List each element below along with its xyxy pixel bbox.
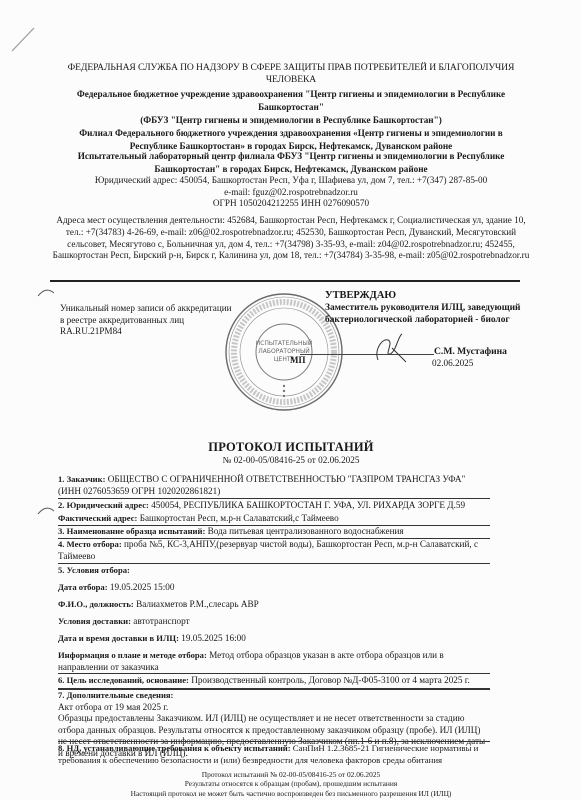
header-divider [50, 280, 520, 282]
approval-block: УТВЕРЖДАЮ Заместитель руководителя ИЛЦ, … [325, 290, 565, 326]
research-purpose-value: Производственный контроль, Договор №Д-Ф0… [191, 675, 470, 685]
organization-short-name: (ФБУЗ "Центр гигиены и эпидемиологии в Р… [60, 114, 522, 127]
sampler-row: Ф.И.О., должность: Валиахметов Р.М.,слес… [58, 599, 490, 611]
normative-docs-label: 8. НД, устанавливающие требования к объе… [58, 743, 291, 753]
ogrn-inn: ОГРН 1050204212255 ИНН 0276090570 [60, 198, 522, 210]
approval-date: 02.06.2025 [432, 358, 473, 368]
research-purpose-label: 6. Цель исследований, основание: [58, 675, 189, 685]
footer-results-note: Результаты относятся к образцам (пробам)… [0, 779, 582, 788]
section-normative-docs: 8. НД, устанавливающие требования к объе… [58, 743, 490, 766]
legal-address-value: 450054, РЕСПУБЛИКА БАШКОРТОСТАН Г. УФА, … [151, 500, 465, 510]
delivery-time-value: 19.05.2025 16:00 [181, 633, 246, 643]
section-sampling-conditions: 5. Условия отбора: [58, 565, 490, 577]
section-legal-address: 2. Юридический адрес: 450054, РЕСПУБЛИКА… [58, 500, 490, 512]
section-customer: 1. Заказчик: ОБЩЕСТВО С ОГРАНИЧЕННОЙ ОТВ… [58, 474, 490, 497]
branch-name: Филиал Федерального бюджетного учреждени… [60, 127, 522, 152]
footer-protocol-ref: Протокол испытаний № 02-00-05/08416-25 о… [0, 770, 582, 779]
delivery-conditions-value: автотранспорт [133, 616, 189, 626]
approval-heading: УТВЕРЖДАЮ [325, 290, 565, 302]
customer-value: ОБЩЕСТВО С ОГРАНИЧЕННОЙ ОТВЕТСТВЕННОСТЬЮ… [58, 474, 465, 496]
legal-address-label: 2. Юридический адрес: [58, 500, 149, 510]
page-footer: Протокол испытаний № 02-00-05/08416-25 о… [0, 770, 582, 798]
sampling-place-label: 4. Место отбора: [58, 539, 122, 549]
sampling-act: Акт отбора от 19 мая 2025 г. [58, 702, 490, 714]
delivery-conditions-label: Условия доставки: [58, 616, 131, 626]
lab-center-name: Испытательный лабораторный центр филиала… [60, 150, 522, 175]
legal-address-block: Юридический адрес: 450054, Башкортостан … [60, 175, 522, 210]
delivery-time-row: Дата и время доставки в ИЛЦ: 19.05.2025 … [58, 633, 490, 645]
section-sampling-place: 4. Место отбора: проба №5, КС-3,АНПУ,(ре… [58, 539, 490, 562]
divider [58, 741, 490, 742]
actual-address-value: Башкортостан Респ, м.р-н Салаватский,с Т… [140, 513, 339, 523]
organization-full-name: Федеральное бюджетное учреждение здравоо… [60, 88, 522, 113]
sampling-conditions-label: 5. Условия отбора: [58, 565, 130, 575]
delivery-conditions-row: Условия доставки: автотранспорт [58, 616, 490, 628]
sampling-plan-row: Информация о плане и методе отбора: Мето… [58, 650, 490, 673]
pen-stroke-mark [8, 25, 38, 55]
actual-address-label: Фактический адрес: [58, 513, 137, 523]
delivery-time-label: Дата и время доставки в ИЛЦ: [58, 633, 179, 643]
sample-name-label: 3. Наименование образца испытаний: [58, 526, 205, 536]
footer-reproduction-note: Настоящий протокол не может быть частичн… [0, 789, 582, 798]
protocol-title: ПРОТОКОЛ ИСПЫТАНИЙ [0, 440, 582, 455]
signature-icon [372, 330, 416, 366]
section-sample-name: 3. Наименование образца испытаний: Вода … [58, 526, 490, 538]
legal-address: Юридический адрес: 450054, Башкортостан … [60, 175, 522, 187]
protocol-number: № 02-00-05/08416-25 от 02.06.2025 [0, 455, 582, 465]
sampling-date-row: Дата отбора: 19.05.2025 15:00 [58, 582, 490, 594]
sampler-label: Ф.И.О., должность: [58, 599, 134, 609]
stamp-place-label: МП [290, 355, 306, 365]
sample-name-value: Вода питьевая централизованного водоснаб… [208, 526, 404, 536]
activity-addresses: Адреса мест осуществления деятельности: … [50, 215, 532, 262]
additional-info-label: 7. Дополнительные сведения: [58, 690, 173, 700]
hole-punch-mark-top [36, 287, 56, 297]
approver-position: Заместитель руководителя ИЛЦ, заведующий… [325, 302, 565, 326]
divider [58, 673, 490, 674]
hole-punch-mark-bottom [36, 505, 56, 515]
org-email: e-mail: fguz@02.rospotrebnadzor.ru [60, 187, 522, 199]
customer-label: 1. Заказчик: [58, 474, 105, 484]
sampling-date-label: Дата отбора: [58, 582, 108, 592]
section-research-purpose: 6. Цель исследований, основание: Произво… [58, 675, 490, 687]
sampling-plan-label: Информация о плане и методе отбора: [58, 650, 207, 660]
divider [58, 563, 490, 564]
signer-name: С.М. Мустафина [434, 346, 507, 357]
sampler-value: Валиахметов Р.М.,слесарь АВР [136, 599, 259, 609]
stamp-text-1: ИСПЫТАТЕЛЬНЫЙ [256, 340, 313, 347]
divider [58, 498, 490, 499]
sampling-date-value: 19.05.2025 15:00 [110, 582, 175, 592]
section-actual-address: Фактический адрес: Башкортостан Респ, м.… [58, 513, 490, 525]
agency-name: ФЕДЕРАЛЬНАЯ СЛУЖБА ПО НАДЗОРУ В СФЕРЕ ЗА… [60, 62, 522, 86]
document-page: ФЕДЕРАЛЬНАЯ СЛУЖБА ПО НАДЗОРУ В СФЕРЕ ЗА… [0, 0, 582, 800]
